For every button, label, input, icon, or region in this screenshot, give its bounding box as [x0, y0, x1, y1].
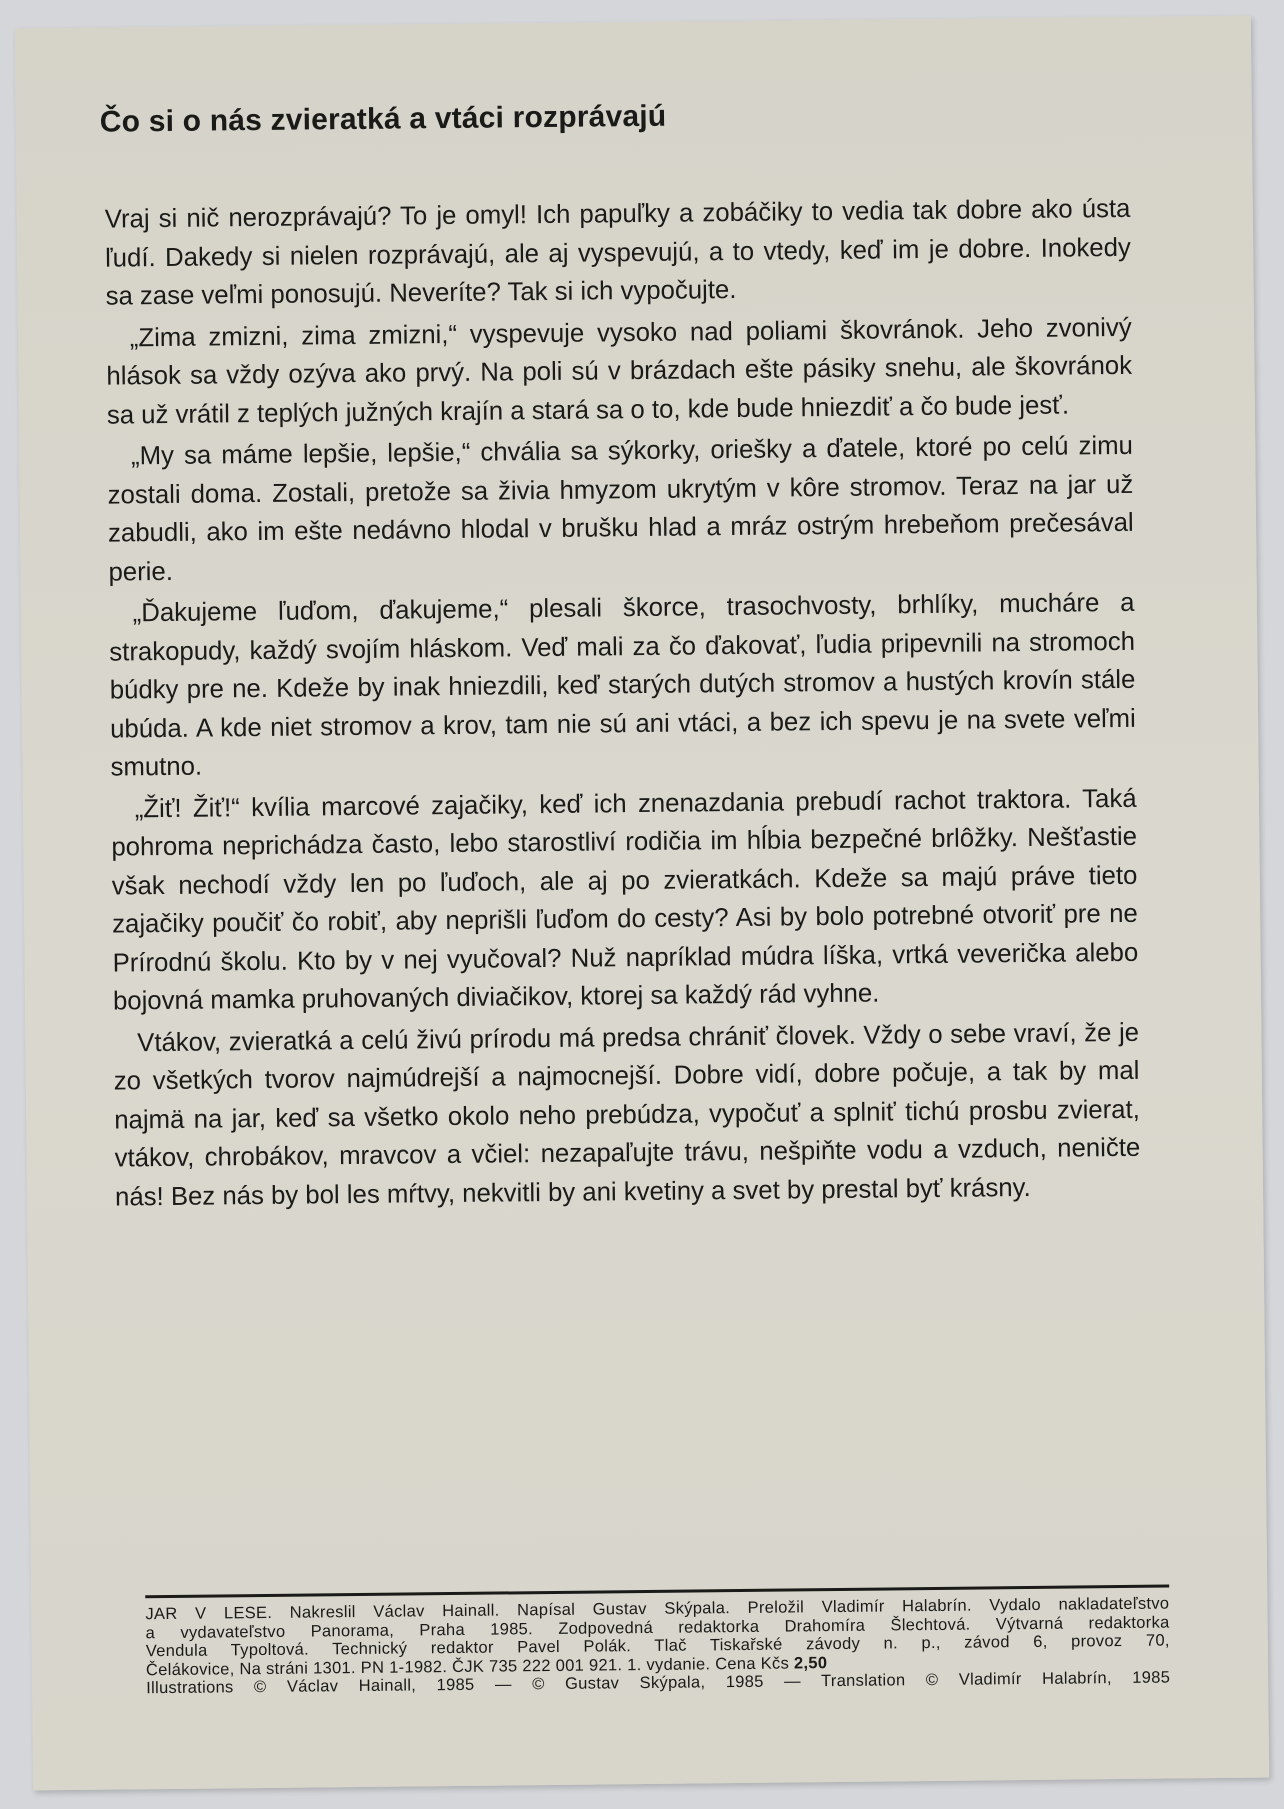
article-body: Vraj si nič nerozprávajú? To je omyl! Ic…: [105, 189, 1141, 1219]
paragraph: Vtákov, zvieratká a celú živú prírodu má…: [113, 1012, 1141, 1215]
paragraph: „Zima zmizni, zima zmizni,“ vyspevuje vy…: [106, 307, 1133, 433]
paragraph: „Ďakujeme ľuďom, ďakujeme,“ plesali škor…: [109, 583, 1137, 786]
price: 2,50: [794, 1654, 828, 1672]
book-page: Čo si o nás zvieratká a vtáci rozprávajú…: [15, 16, 1269, 1791]
paragraph: „My sa máme lepšie, lepšie,“ chvália sa …: [107, 426, 1134, 591]
paragraph: „Žiť! Žiť!“ kvília marcové zajačiky, keď…: [111, 778, 1139, 1020]
publication-imprint: JAR V LESE. Nakreslil Václav Hainall. Na…: [145, 1595, 1170, 1698]
article-title: Čo si o nás zvieratká a vtáci rozprávajú: [100, 100, 667, 140]
paragraph: Vraj si nič nerozprávajú? To je omyl! Ic…: [105, 189, 1132, 315]
